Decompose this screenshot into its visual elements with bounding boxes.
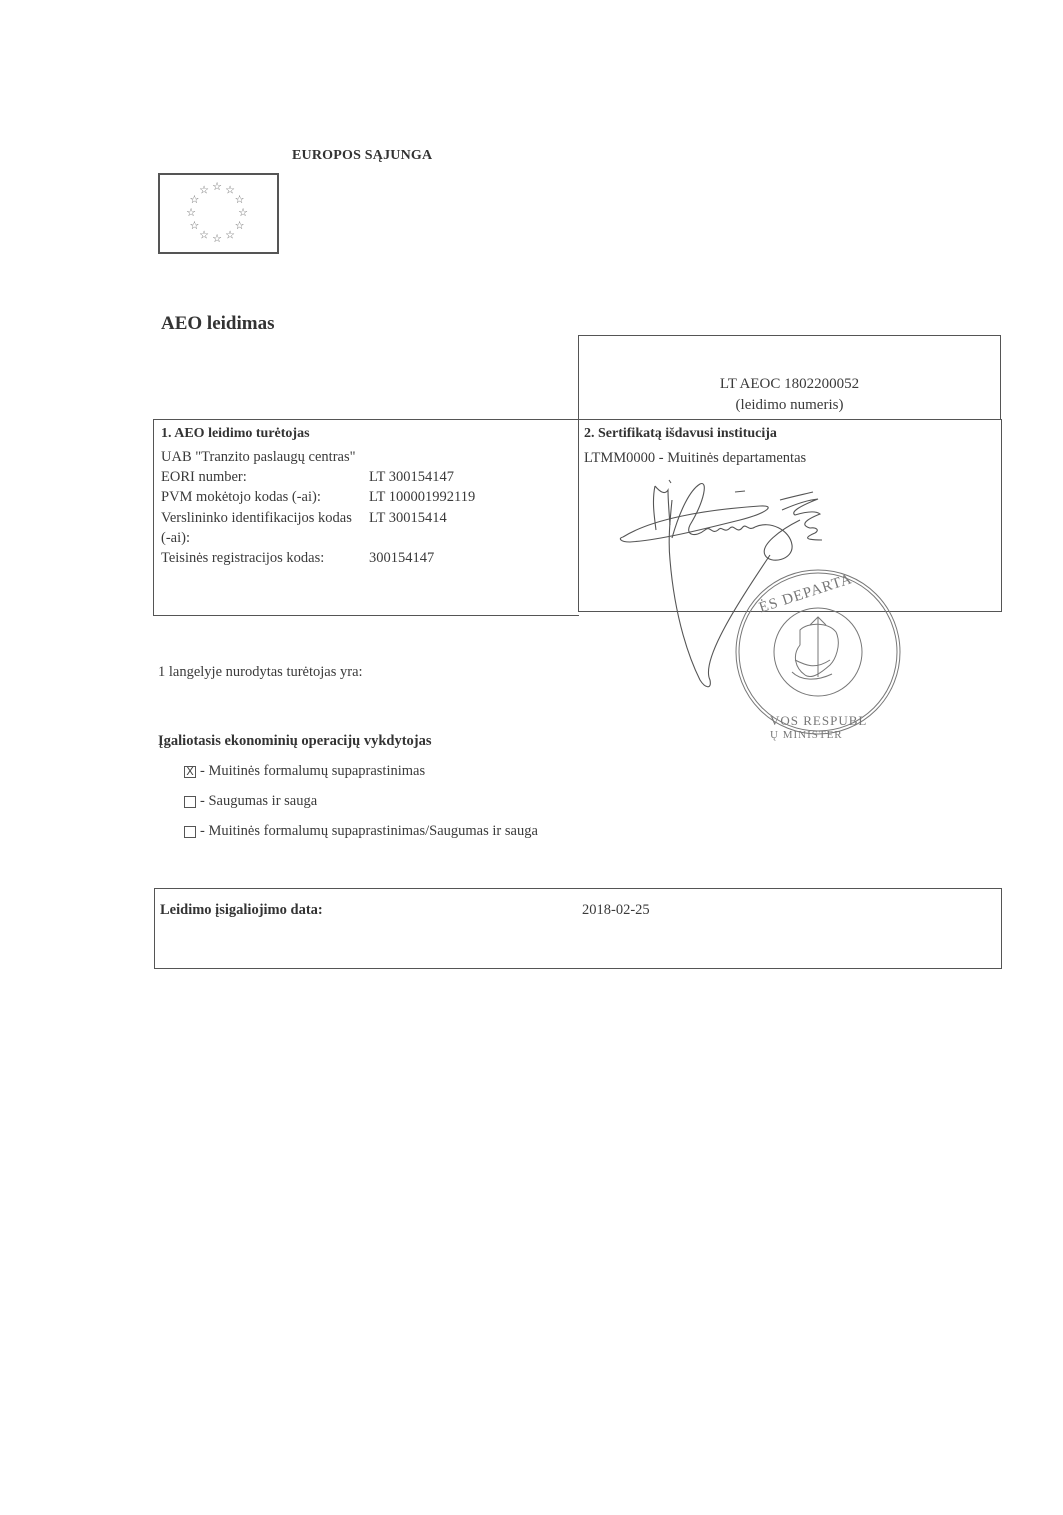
- svg-text:☆: ☆: [199, 183, 209, 196]
- svg-text:☆: ☆: [235, 219, 245, 232]
- holder-name: UAB "Tranzito paslaugų centras": [161, 447, 356, 468]
- business-id-label-cont: (-ai):: [161, 528, 190, 549]
- registration-value: 300154147: [369, 548, 434, 569]
- document-title: AEO leidimas: [161, 313, 274, 335]
- svg-text:☆: ☆: [190, 219, 200, 232]
- authorization-number: LT AEOC 1802200052: [579, 376, 1000, 393]
- business-id-value: LT 30015414: [369, 508, 447, 529]
- authorization-number-box: LT AEOC 1802200052 (leidimo numeris): [578, 335, 1001, 420]
- vat-label: PVM mokėtojo kodas (-ai):: [161, 487, 321, 508]
- svg-text:☆: ☆: [225, 229, 235, 242]
- svg-text:☆: ☆: [238, 206, 248, 219]
- issuer-heading: 2. Sertifikatą išdavusi institucija: [584, 426, 777, 442]
- svg-text:☆: ☆: [235, 193, 245, 206]
- holder-type-note: 1 langelyje nurodytas turėtojas yra:: [158, 664, 363, 681]
- checkbox-empty-icon: [184, 796, 196, 808]
- registration-label: Teisinės registracijos kodas:: [161, 548, 324, 569]
- svg-text:☆: ☆: [186, 206, 196, 219]
- effective-date-label: Leidimo įsigaliojimo data:: [160, 902, 323, 919]
- eori-label: EORI number:: [161, 467, 247, 488]
- business-id-label: Verslininko identifikacijos kodas: [161, 508, 352, 529]
- svg-text:Ų MINISTER: Ų MINISTER: [770, 729, 843, 741]
- holder-heading: 1. AEO leidimo turėtojas: [161, 426, 310, 442]
- divider: [153, 419, 1002, 420]
- svg-text:☆: ☆: [199, 229, 209, 242]
- effective-date-value: 2018-02-25: [582, 902, 650, 919]
- option-label: - Muitinės formalumų supaprastinimas/Sau…: [200, 823, 538, 840]
- svg-text:☆: ☆: [212, 232, 222, 245]
- checkbox-empty-icon: [184, 826, 196, 838]
- vat-value: LT 100001992119: [369, 487, 475, 508]
- option-label: - Muitinės formalumų supaprastinimas: [200, 763, 425, 780]
- svg-text:☆: ☆: [225, 183, 235, 196]
- eu-flag-icon: ☆☆☆☆☆☆☆☆☆☆☆☆: [158, 173, 279, 254]
- eori-value: LT 300154147: [369, 467, 454, 488]
- svg-text:VOS RESPUBL: VOS RESPUBL: [770, 713, 867, 728]
- union-title: EUROPOS SĄJUNGA: [292, 148, 432, 164]
- authorization-number-caption: (leidimo numeris): [579, 397, 1000, 414]
- option-label: - Saugumas ir sauga: [200, 793, 317, 810]
- effective-date-box: [154, 888, 1002, 969]
- issuer-value: LTMM0000 - Muitinės departamentas: [584, 448, 806, 469]
- option-customs-simplification: X - Muitinės formalumų supaprastinimas: [184, 763, 425, 780]
- option-security-safety: - Saugumas ir sauga: [184, 793, 317, 810]
- svg-text:☆: ☆: [190, 193, 200, 206]
- option-combined: - Muitinės formalumų supaprastinimas/Sau…: [184, 823, 538, 840]
- checkbox-checked-icon: X: [184, 766, 196, 778]
- holder-type-heading: Įgaliotasis ekonominių operacijų vykdyto…: [158, 733, 432, 750]
- svg-text:☆: ☆: [212, 180, 222, 193]
